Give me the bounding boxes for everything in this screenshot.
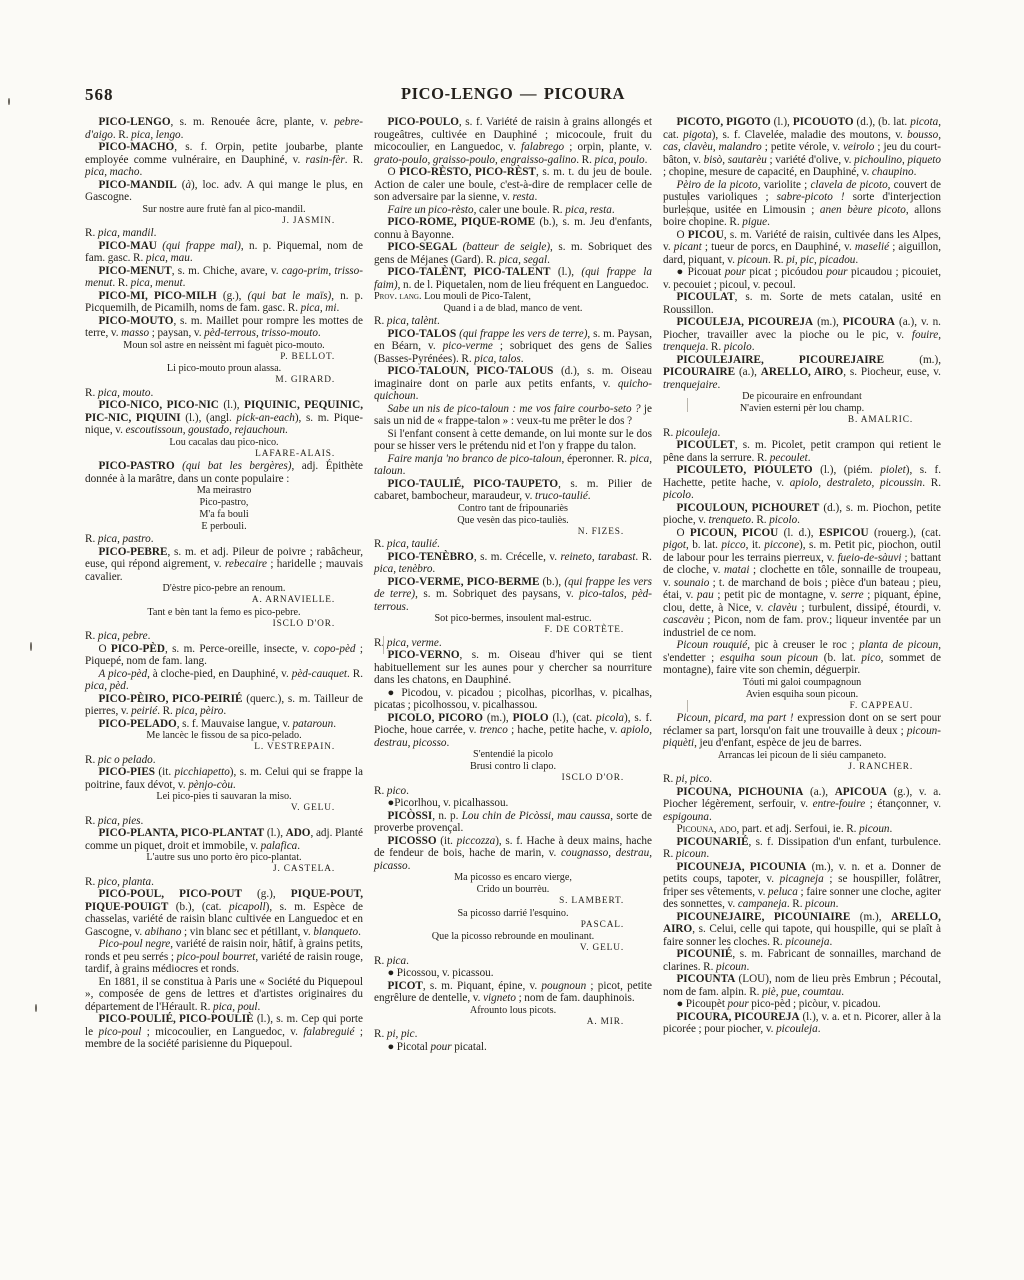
quote-line: Quand i a de blad, manco de vent. xyxy=(374,303,652,315)
text-run: PICOU xyxy=(688,229,724,241)
text-run: PICO-MANDIL xyxy=(98,179,176,191)
text-run: pica, mi xyxy=(301,302,337,314)
text-run: J. JASMIN. xyxy=(282,216,335,226)
text-run: ● Picouat xyxy=(676,266,724,278)
text-run: PICO-LENGO xyxy=(98,116,170,128)
text-run: R. xyxy=(85,754,98,766)
text-run: A. MIR. xyxy=(587,1017,624,1027)
text-run: PASCAL. xyxy=(581,920,624,930)
text-run: (l.), xyxy=(771,116,793,128)
text-run: PICO-TENÈBRO xyxy=(387,551,473,563)
text-run: pecoulet xyxy=(770,452,808,464)
text-run: pico, planta xyxy=(98,876,151,888)
reference-line: R. pico, planta. xyxy=(85,876,363,889)
attribution-line: ISCLO D'OR. xyxy=(85,619,363,631)
quote-line: Ma meirastro xyxy=(85,485,363,497)
text-run: E perbouli. xyxy=(201,521,246,532)
text-run: , jeu d'enfant, espèce de jeu de barres. xyxy=(694,737,862,749)
text-run: pau xyxy=(697,589,714,601)
text-run: pica, mouto xyxy=(98,387,151,399)
text-run: (batteur de seigle) xyxy=(457,241,550,253)
entry-paragraph: Sabe un nis de pico-taloun : me vos fair… xyxy=(374,403,652,428)
entry-paragraph: PICO-NICO, PICO-NIC (l.), PIQUINIC, PEQU… xyxy=(85,399,363,437)
text-run: . xyxy=(521,353,524,365)
text-run: . xyxy=(534,191,537,203)
text-run: M. GIRARD. xyxy=(275,375,335,385)
entry-paragraph: PICO-VERNO, s. m. Oiseau d'hiver qui se … xyxy=(374,649,652,687)
text-run: ; tueur de porcs, en Dauphiné, v. xyxy=(702,241,855,253)
text-run: (d.), (b. lat. xyxy=(854,116,911,128)
scanned-dictionary-page: 568 PICO-LENGO — PICOURA PICO-LENGO, s. … xyxy=(0,0,1024,1280)
entry-paragraph: PICO-SEGAL (batteur de seigle), s. m. So… xyxy=(374,241,652,266)
text-run: . xyxy=(914,166,917,178)
attribution-line: M. GIRARD. xyxy=(85,375,363,387)
column-rule-fragment xyxy=(687,398,688,412)
entry-paragraph: PICOUNEJAIRE, PICOUNIAIRE (m.), ARELLO, … xyxy=(663,911,941,949)
text-run: pi, pic xyxy=(387,1028,415,1040)
text-run: . xyxy=(223,705,226,717)
text-run: . xyxy=(717,379,720,391)
text-run: piccone xyxy=(764,539,799,551)
text-run: . R. xyxy=(751,514,769,526)
reference-line: R. pica, mouto. xyxy=(85,387,363,400)
text-run: Brusi contro li clapo. xyxy=(470,761,556,772)
entry-paragraph: PICOULET, s. m. Picolet, petit crampon q… xyxy=(663,439,941,464)
text-run: PICO-PASTRO xyxy=(98,460,174,472)
entry-paragraph: PICOUNEJA, PICOUNIA (m.), v. n. et a. Do… xyxy=(663,861,941,911)
text-run: . R. xyxy=(112,277,130,289)
text-run: PICO-MACHO xyxy=(98,141,174,153)
entry-paragraph: PICO-TENÈBRO, s. m. Crécelle, v. reineto… xyxy=(374,551,652,576)
text-run: PICO-PÈIRO, PICO-PEIRIÉ xyxy=(98,693,242,705)
text-run: . xyxy=(126,680,129,692)
text-run: fueio-de-sàuvi xyxy=(837,552,901,564)
text-run: . xyxy=(358,926,361,938)
text-run: pigota xyxy=(683,129,712,141)
text-run: pica, poulo xyxy=(594,154,644,166)
text-run: ● Picodou, v. picadou ; picolhas, picorl… xyxy=(374,687,652,712)
text-run: PICO-MOUTO xyxy=(98,315,173,327)
text-run: pico-verme xyxy=(443,340,493,352)
scan-speck xyxy=(30,642,32,651)
text-run: pica xyxy=(387,955,406,967)
text-run: . xyxy=(691,489,694,501)
text-run: , s. m. Sobriquet des paysans, v. xyxy=(415,588,579,600)
text-run: . xyxy=(258,1001,261,1013)
quote-line: Ma picosso es encaro vierge, xyxy=(374,872,652,884)
text-run: . xyxy=(154,227,157,239)
text-run: R. xyxy=(374,637,387,649)
text-run: rebecaire xyxy=(225,558,267,570)
text-run: piolet xyxy=(880,464,905,476)
entry-paragraph: Pèiro de la picoto, variolite ; clavela … xyxy=(663,179,941,229)
text-run: pica, menut xyxy=(131,277,183,289)
text-run: Tóuti mi galoi coumpagnoun xyxy=(743,677,862,688)
text-run: blanqueto xyxy=(313,926,358,938)
text-run: peirié xyxy=(131,705,157,717)
attribution-line: F. DE CORTÈTE. xyxy=(374,625,652,637)
text-run: picolo xyxy=(663,489,691,501)
text-run: PICO-TALÈNT, PICO-TALENT xyxy=(387,266,550,278)
text-run: . xyxy=(709,773,712,785)
entry-paragraph: PICOULAT, s. m. Sorte de mets catalan, u… xyxy=(663,291,941,316)
text-run: . R. xyxy=(705,341,723,353)
text-run: . xyxy=(709,811,712,823)
column-middle: PICO-POULO, s. f. Variété de raisin à gr… xyxy=(374,116,652,1053)
quote-line: Que la picosso rebrounde en moulinant. xyxy=(374,931,652,943)
reference-line: R. pic o pelado. xyxy=(85,754,363,767)
text-run: Avien esquiha soun picoun. xyxy=(746,689,858,700)
text-run: S. LAMBERT. xyxy=(559,896,624,906)
text-run: pica, talos xyxy=(474,353,520,365)
text-run: . xyxy=(148,630,151,642)
text-run: pica, taulié xyxy=(387,538,437,550)
entry-paragraph: PICO-PIES (it. picchiapetto), s. m. Celu… xyxy=(85,766,363,791)
text-run: picagneja xyxy=(780,873,824,885)
text-run: pica, pies xyxy=(98,815,141,827)
text-run: picchiapetto xyxy=(174,766,229,778)
text-run: . xyxy=(403,465,406,477)
text-run: reineto, tarabast xyxy=(561,551,636,563)
attribution-line: J. RANCHER. xyxy=(663,762,941,774)
text-run: APICOUA xyxy=(835,786,887,798)
entry-paragraph: PICOULEJA, PICOUREJA (m.), PICOURA (a.),… xyxy=(663,316,941,354)
entry-paragraph: PICOSSO (it. piccozza), s. f. Hache à de… xyxy=(374,835,652,873)
text-run: (b.), xyxy=(539,576,564,588)
entry-paragraph: PICO-ROME, PIQUE-ROME (b.), s. m. Jeu d'… xyxy=(374,216,652,241)
entry-paragraph: PICO-MENUT, s. m. Chiche, avare, v. cago… xyxy=(85,265,363,290)
entry-paragraph: PICO-PEBRE, s. m. et adj. Pileur de poiv… xyxy=(85,546,363,584)
text-run: . xyxy=(141,815,144,827)
attribution-line: P. BELLOT. xyxy=(85,352,363,364)
text-run: pichoulino, piqueto xyxy=(854,154,941,166)
text-run: , it. xyxy=(746,539,765,551)
text-run: , caler une boule. R. xyxy=(474,204,566,216)
text-run: (l.), xyxy=(264,827,285,839)
text-run: serre xyxy=(841,589,864,601)
text-run: PICÒSSI xyxy=(387,810,432,822)
reference-line: R. pica, verme. xyxy=(374,637,652,650)
entry-paragraph: Pico-poul negre, variété de raisin noir,… xyxy=(85,938,363,976)
text-run: R. xyxy=(374,538,387,550)
text-run: . xyxy=(153,754,156,766)
attribution-line: N. FIZES. xyxy=(374,527,652,539)
text-run: ; Picon, nom de fam. prov.; liqueur inve… xyxy=(663,614,941,639)
text-run: R. xyxy=(663,773,676,785)
text-run: Arrancas lei picoun de li siéu campaneto… xyxy=(718,750,886,761)
entry-paragraph: En 1881, il se constitua à Paris une « S… xyxy=(85,976,363,1014)
text-run: pènjo-còu xyxy=(188,779,233,791)
text-run: PICO-SEGAL xyxy=(387,241,457,253)
entry-paragraph: PICO-PÈIRO, PICO-PEIRIÉ (querc.), s. m. … xyxy=(85,693,363,718)
text-run: (g.), xyxy=(217,290,248,302)
text-run: , pic à creuser le roc ; xyxy=(747,639,859,651)
text-run: J. CASTELA. xyxy=(273,864,335,874)
text-run: trenquejaire xyxy=(663,379,717,391)
text-run: ; petit pic de montagne, v. xyxy=(714,589,841,601)
text-run: PICOUNARIÉ xyxy=(676,836,748,848)
column-left: PICO-LENGO, s. m. Renouée âcre, plante, … xyxy=(85,116,363,1051)
text-run: (m.), xyxy=(483,712,513,724)
text-run: Moun sol astre en neissènt mi faguèt pic… xyxy=(123,340,324,351)
reference-line: R. pica. xyxy=(374,955,652,968)
text-run: . xyxy=(406,785,409,797)
text-run: . xyxy=(841,986,844,998)
text-run: pica, resta xyxy=(565,204,612,216)
text-run: ARELLO, AIRO xyxy=(761,366,843,378)
text-run: abihano xyxy=(145,926,182,938)
text-run: pour xyxy=(430,1041,451,1053)
text-run: ESPICOU xyxy=(819,527,869,539)
text-run: PICO-POUL, PICO-POUT xyxy=(98,888,241,900)
entry-paragraph: PICO-PASTRO (qui bat les bergères), adj.… xyxy=(85,460,363,485)
text-run: R. xyxy=(374,785,387,797)
text-run: . xyxy=(437,315,440,327)
text-run: ● Picotal xyxy=(387,1041,430,1053)
entry-paragraph: PICO-TALOS (qui frappe les vers de terre… xyxy=(374,328,652,366)
text-run: , variolite ; xyxy=(758,179,811,191)
text-run: PICOUNIÉ xyxy=(676,948,732,960)
text-run: PICOLO, PICORO xyxy=(387,712,483,724)
quote-line: Sur nostre aure frutè fan al pico-mandil… xyxy=(85,204,363,216)
entry-paragraph: PICO-MACHO, s. f. Orpin, petite joubarbe… xyxy=(85,141,363,179)
entry-paragraph: O PICOU, s. m. Variété de raisin, cultiv… xyxy=(663,229,941,267)
text-run: . xyxy=(285,424,288,436)
text-run: O xyxy=(676,527,689,539)
text-run: sounaio xyxy=(674,577,709,589)
text-run: . xyxy=(408,860,411,872)
reference-line: R. pica, pastro. xyxy=(85,533,363,546)
text-run: S'entendié la picolo xyxy=(473,749,553,760)
reference-line: R. pica, pies. xyxy=(85,815,363,828)
quote-line: Brusi contro li clapo. xyxy=(374,761,652,773)
text-run: , s. Piocheur, euse, v. xyxy=(843,366,941,378)
text-run: A. ARNAVIELLE. xyxy=(252,595,335,605)
text-run: piè, pue, coumtau xyxy=(762,986,841,998)
text-run: picapoll xyxy=(229,901,266,913)
text-run: Sur nostre aure frutè fan al pico-mandil… xyxy=(142,204,305,215)
text-run: PICOULAT xyxy=(676,291,734,303)
text-run: . xyxy=(437,538,440,550)
entry-paragraph: ● Picoupèt pour pico-pèd ; picòur, v. pi… xyxy=(663,998,941,1011)
text-run: pico xyxy=(861,652,880,664)
text-run: , à cloche-pied, en Dauphiné, v. xyxy=(147,668,292,680)
text-run: . R. xyxy=(768,254,786,266)
text-run: PICOT xyxy=(387,980,422,992)
text-run: Pico-poul negre xyxy=(98,938,170,950)
text-run: PICO-MI, PICO-MILH xyxy=(98,290,216,302)
text-run: Crido un bourrèu. xyxy=(477,884,550,895)
text-run: PICOURA xyxy=(843,316,895,328)
text-run: entre-fouire xyxy=(813,798,866,810)
text-run: picat ; picóudou xyxy=(746,266,827,278)
entry-paragraph: Si l'enfant consent à cette demande, on … xyxy=(374,428,652,453)
page-header: 568 PICO-LENGO — PICOURA xyxy=(85,84,941,110)
text-run: , s. m. Crécelle, v. xyxy=(474,551,561,563)
text-run: picatal. xyxy=(452,1041,487,1053)
scan-speck xyxy=(35,1004,37,1012)
text-run: PICO-PEBRE xyxy=(98,546,167,558)
text-run: (it. xyxy=(437,835,457,847)
text-run: picoun xyxy=(676,848,706,860)
text-run: (a.), xyxy=(735,366,761,378)
quote-line: Contro tant de fripounariès xyxy=(374,503,652,515)
text-run: pica, talènt xyxy=(387,315,437,327)
text-run: D'èstre pico-pebre an renoum. xyxy=(163,583,286,594)
text-run: PICO-TAULIÉ, PICO-TAUPETO xyxy=(387,478,558,490)
text-run: . xyxy=(318,327,321,339)
quote-line: Lei pico-pies ti sauvaran la miso. xyxy=(85,791,363,803)
text-run: . R. xyxy=(345,154,363,166)
text-run: . xyxy=(181,129,184,141)
quote-line: Que vesèn das pico-tauliès. xyxy=(374,515,652,527)
quote-line: Me lancèc le fissou de sa pico-pelado. xyxy=(85,730,363,742)
text-run: (l.), xyxy=(219,399,244,411)
text-run: , n. p. xyxy=(432,810,461,822)
text-run: pour xyxy=(728,998,749,1010)
text-run: escoutissoun, goustado, rejauchoun xyxy=(126,424,286,436)
text-run: pi, pico xyxy=(676,773,709,785)
text-run: A pico-pèd xyxy=(98,668,147,680)
text-run: . R. xyxy=(635,551,652,563)
text-run: R. xyxy=(374,955,387,967)
text-run: picota xyxy=(910,116,938,128)
entry-paragraph: O PICO-PÈD, s. m. Perce-oreille, insecte… xyxy=(85,643,363,668)
text-run: trenqueto xyxy=(708,514,750,526)
text-run: (qui bat les bergères) xyxy=(175,460,292,472)
attribution-line: S. LAMBERT. xyxy=(374,896,652,908)
column-rule-fragment xyxy=(383,636,384,654)
text-run: ISCLO D'OR. xyxy=(273,619,336,629)
text-run: ; étançonner, v. xyxy=(865,798,941,810)
text-run: ● Picoupèt xyxy=(676,998,727,1010)
text-run: pigue xyxy=(742,216,767,228)
attribution-line: A. ARNAVIELLE. xyxy=(85,595,363,607)
text-run: PICO-NICO, PICO-NIC xyxy=(98,399,218,411)
text-run: (a.), xyxy=(803,786,834,798)
text-run: pica, mandil xyxy=(98,227,154,239)
text-run: . xyxy=(645,154,648,166)
reference-line: R. pica, pebre. xyxy=(85,630,363,643)
text-run: De picouraire en enfroundant xyxy=(742,391,862,402)
text-run: peluca xyxy=(768,886,798,898)
text-run: . xyxy=(151,533,154,545)
text-run: . xyxy=(233,779,236,791)
attribution-line: V. GELU. xyxy=(85,803,363,815)
text-run: Que vesèn das pico-tauliès. xyxy=(457,515,568,526)
entry-paragraph: PICOURA, PICOUREJA (l.), v. a. et n. Pic… xyxy=(663,1011,941,1036)
text-run: . xyxy=(890,823,893,835)
entry-paragraph: PICO-TALOUN, PICO-TALOUS (d.), s. m. Ois… xyxy=(374,365,652,403)
text-run: PICOULEJA, PICOUREJA xyxy=(676,316,813,328)
text-run: (l.), (piém. xyxy=(813,464,881,476)
text-run: anen bèure picoto xyxy=(820,204,906,216)
text-run: . xyxy=(139,166,142,178)
text-run: picoun xyxy=(859,823,889,835)
quote-line: De picouraire en enfroundant xyxy=(663,391,941,403)
text-run: Picoun, picard, ma part ! xyxy=(676,712,793,724)
text-run: . xyxy=(767,216,770,228)
text-run: PICOULET xyxy=(676,439,734,451)
text-run: PICOUNTA xyxy=(676,973,735,985)
text-run: campaneja xyxy=(738,898,787,910)
text-run: ; micocoulier, en Languedoc, v. xyxy=(141,1026,303,1038)
text-run: . xyxy=(406,601,409,613)
entry-paragraph: O PICO-RÈSTO, PICO-RÈST, s. m. t. du jeu… xyxy=(374,166,652,204)
text-run: picoun xyxy=(737,254,767,266)
text-run: PICOURA, PICOUREJA xyxy=(676,1011,799,1023)
text-run: pour xyxy=(826,266,847,278)
text-run: PICOUNEJAIRE, PICOUNIAIRE xyxy=(676,911,850,923)
reference-line: R. pi, pic. xyxy=(374,1028,652,1041)
text-run: N. FIZES. xyxy=(578,527,624,537)
text-run: PICOUN, PICOU xyxy=(690,527,778,539)
text-run: . R. xyxy=(787,898,805,910)
text-run: (l.), xyxy=(551,266,582,278)
running-title: PICO-LENGO — PICOURA xyxy=(85,84,941,104)
text-run: picolo xyxy=(769,514,797,526)
text-run: picolo xyxy=(724,341,752,353)
text-run: ● Picossou, v. picassou. xyxy=(387,967,493,979)
text-run: PICO-PÈD xyxy=(111,643,165,655)
text-run: . xyxy=(818,1023,821,1035)
text-run: piccozza xyxy=(457,835,496,847)
text-run: picouleja xyxy=(676,427,718,439)
text-run: pico-poul xyxy=(98,1026,141,1038)
column-rule-fragment xyxy=(687,190,688,216)
text-run: (b.), (cat. xyxy=(168,901,229,913)
text-run: , s. m. Chiche, avare, v. xyxy=(172,265,282,277)
attribution-line: L. VESTREPAIN. xyxy=(85,742,363,754)
text-run: F. CAPPEAU. xyxy=(850,701,913,711)
quote-line: N'avien esterni pèr lou champ. xyxy=(663,403,941,415)
attribution-line: J. JASMIN. xyxy=(85,216,363,228)
text-run: Lou mouli de Pico-Talent, xyxy=(422,291,531,302)
text-run: . xyxy=(747,961,750,973)
text-run: PICOURAIRE xyxy=(663,366,735,378)
text-run: Li pico-mouto proun alassa. xyxy=(167,363,281,374)
text-run: pica, macho xyxy=(85,166,139,178)
text-run: ; hache, petite hache, v. xyxy=(508,724,621,736)
text-run: picoun xyxy=(805,898,835,910)
text-run: palafica xyxy=(261,840,298,852)
text-run: PICO-TALOUN, PICO-TALOUS xyxy=(387,365,553,377)
text-run: picco xyxy=(721,539,745,551)
text-run: pico-pèd ; picòur, v. picadou. xyxy=(749,998,881,1010)
text-run: N'avien esterni pèr lou champ. xyxy=(740,403,864,414)
text-run: R. xyxy=(374,315,387,327)
text-run: pico-poul bourret xyxy=(177,951,256,963)
text-run: planta de picoun xyxy=(859,639,938,651)
text-run: ADO xyxy=(286,827,311,839)
text-run: , n. de l. Piquetalen, nom de lieu fréqu… xyxy=(398,279,649,291)
text-run: pica, verme xyxy=(387,637,439,649)
text-run: Tant e bèn tant la femo es pico-pebre. xyxy=(147,607,300,618)
quote-line: Sa picosso darrié l'esquino. xyxy=(374,908,652,920)
text-run: R. xyxy=(85,876,98,888)
text-run: falabrego xyxy=(521,141,564,153)
text-run: V. GELU. xyxy=(580,943,624,953)
text-run: falabreguié xyxy=(303,1026,354,1038)
text-run: (l.), (cat. xyxy=(549,712,596,724)
entry-paragraph: PICOTO, PIGOTO (l.), PICOUOTO (d.), (b. … xyxy=(663,116,941,179)
text-run: . xyxy=(612,204,615,216)
entry-paragraph: Picouna, ado, part. et adj. Serfoui, ie.… xyxy=(663,823,941,836)
text-run: pigot xyxy=(663,539,686,551)
text-run: pica, lengo xyxy=(131,129,181,141)
text-run: PICO-POULIÉ, PICO-POULIÈ xyxy=(98,1013,253,1025)
text-run: matai xyxy=(724,564,749,576)
